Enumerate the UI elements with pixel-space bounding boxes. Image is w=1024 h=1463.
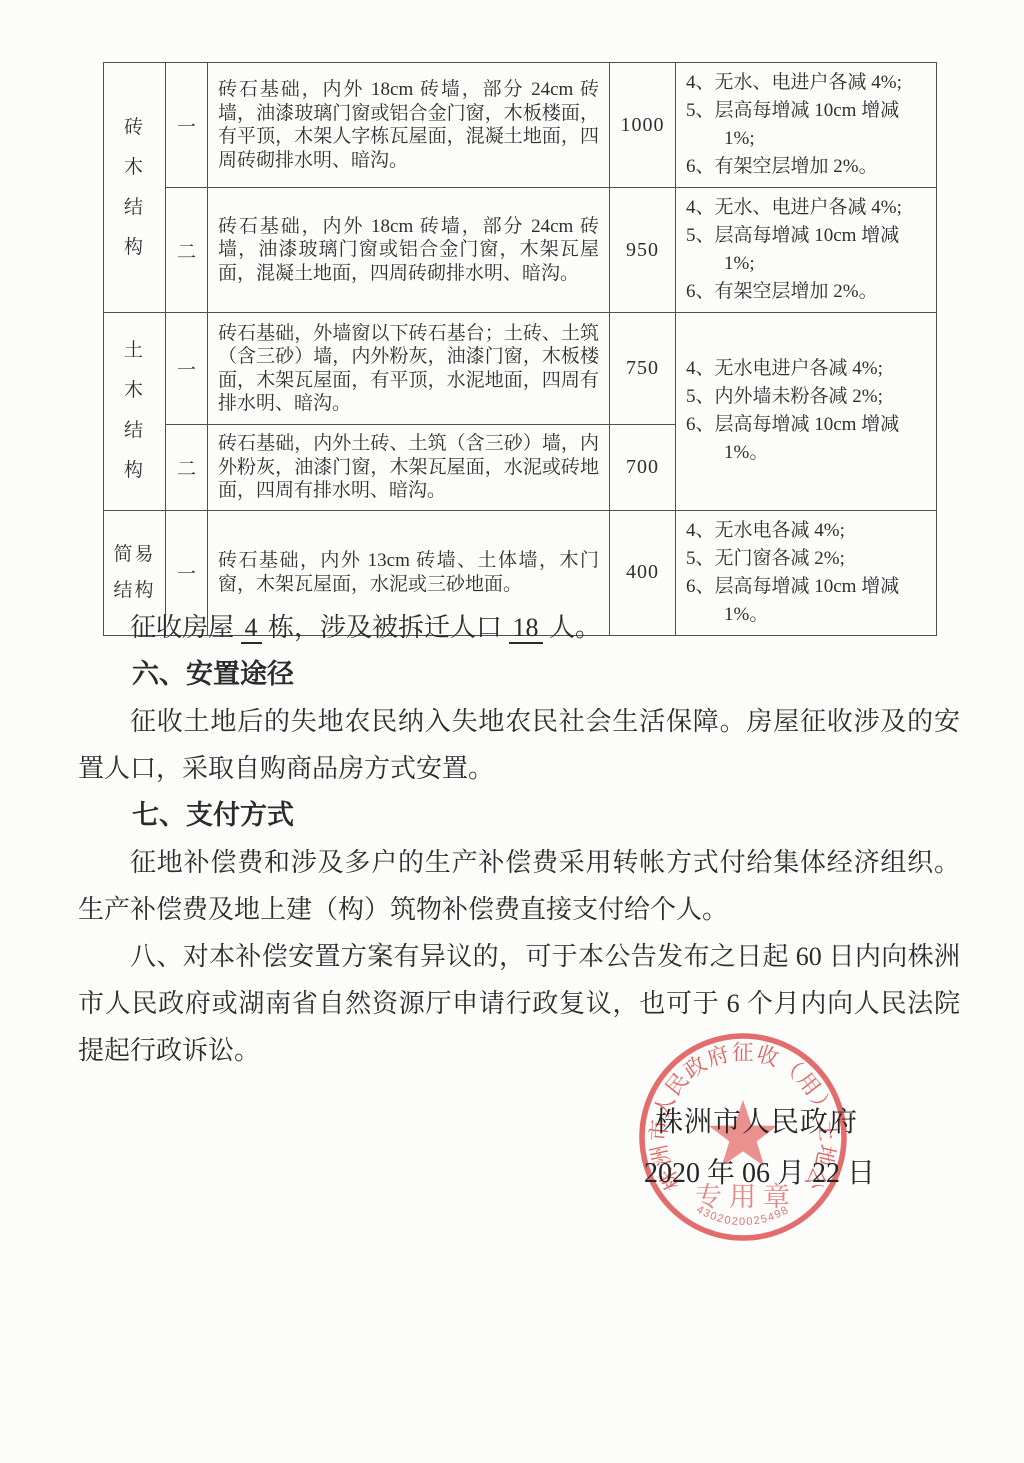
- demolition-summary: 征收房屋 4 栋，涉及被拆迁人口 18 人。: [78, 604, 960, 651]
- price-cell: 1000: [610, 63, 676, 188]
- note-line: 4、无水电进户各减 4%;: [686, 355, 928, 383]
- description-cell: 砖石基础，内外土砖、土筑（含三砂）墙，内外粉灰，油漆门窗，木架瓦屋面，水泥或砖地…: [208, 425, 610, 511]
- table-row: 土 木 结 构 一 砖石基础，外墙窗以下砖石基台；土砖、土筑（含三砂）墙，内外粉…: [104, 313, 937, 425]
- summary-text: 征收房屋: [130, 613, 241, 642]
- note-line: 4、无水、电进户各减 4%;: [686, 194, 928, 222]
- price-cell: 700: [610, 425, 676, 511]
- description-cell: 砖石基础，内外 18cm 砖墙，部分 24cm 砖墙，油漆玻璃门窗或铝合金门窗，…: [208, 63, 610, 188]
- note-line: 5、内外墙未粉各减 2%;: [686, 383, 928, 411]
- issue-date: 2020 年 06 月 22 日: [644, 1151, 875, 1191]
- paragraph-resettlement: 征收土地后的失地农民纳入失地农民社会生活保障。房屋征收涉及的安置人口，采取自购商…: [78, 698, 960, 792]
- note-line: 4、无水、电进户各减 4%;: [686, 69, 928, 97]
- description-cell: 砖石基础，外墙窗以下砖石基台；土砖、土筑（含三砂）墙，内外粉灰，油漆门窗，木板楼…: [208, 313, 610, 425]
- body-text: 征收房屋 4 栋，涉及被拆迁人口 18 人。 六、安置途径 征收土地后的失地农民…: [78, 604, 960, 1074]
- table-row: 二 砖石基础，内外 18cm 砖墙，部分 24cm 砖墙，油漆玻璃门窗或铝合金门…: [104, 188, 937, 313]
- price-cell: 950: [610, 188, 676, 313]
- section-heading-payment: 七、支付方式: [78, 792, 960, 839]
- grade-cell: 二: [166, 425, 208, 511]
- note-line: 5、层高每增减 10cm 增减 1%;: [686, 97, 928, 153]
- table-row: 砖 木 结 构 一 砖石基础，内外 18cm 砖墙，部分 24cm 砖墙，油漆玻…: [104, 63, 937, 188]
- summary-text: 人。: [543, 613, 602, 642]
- section-heading-resettlement: 六、安置途径: [78, 651, 960, 698]
- grade-cell: 二: [166, 188, 208, 313]
- notes-cell: 4、无水、电进户各减 4%; 5、层高每增减 10cm 增减 1%; 6、有架空…: [676, 63, 937, 188]
- category-cell: 土 木 结 构: [104, 313, 166, 511]
- grade-cell: 一: [166, 63, 208, 188]
- description-cell: 砖石基础，内外 18cm 砖墙，部分 24cm 砖墙，油漆玻璃门窗或铝合金门窗，…: [208, 188, 610, 313]
- note-line: 4、无水电各减 4%;: [686, 517, 928, 545]
- note-line: 6、层高每增减 10cm 增减 1%。: [686, 411, 928, 467]
- compensation-table: 砖 木 结 构 一 砖石基础，内外 18cm 砖墙，部分 24cm 砖墙，油漆玻…: [103, 62, 937, 636]
- people-count: 18: [509, 613, 543, 644]
- document-page: 砖 木 结 构 一 砖石基础，内外 18cm 砖墙，部分 24cm 砖墙，油漆玻…: [0, 0, 1024, 1463]
- buildings-count: 4: [241, 613, 262, 644]
- notes-cell: 4、无水电进户各减 4%; 5、内外墙未粉各减 2%; 6、层高每增减 10cm…: [676, 313, 937, 511]
- grade-cell: 一: [166, 313, 208, 425]
- category-cell: 砖 木 结 构: [104, 63, 166, 313]
- price-cell: 750: [610, 313, 676, 425]
- issuer-name: 株洲市人民政府: [655, 1100, 858, 1140]
- paragraph-payment: 征地补偿费和涉及多户的生产补偿费采用转帐方式付给集体经济组织。生产补偿费及地上建…: [78, 839, 960, 933]
- note-line: 5、无门窗各减 2%;: [686, 545, 928, 573]
- note-line: 6、有架空层增加 2%。: [686, 153, 928, 181]
- note-line: 6、有架空层增加 2%。: [686, 278, 928, 306]
- summary-text: 栋，涉及被拆迁人口: [262, 613, 509, 642]
- note-line: 5、层高每增减 10cm 增减 1%;: [686, 222, 928, 278]
- notes-cell: 4、无水、电进户各减 4%; 5、层高每增减 10cm 增减 1%; 6、有架空…: [676, 188, 937, 313]
